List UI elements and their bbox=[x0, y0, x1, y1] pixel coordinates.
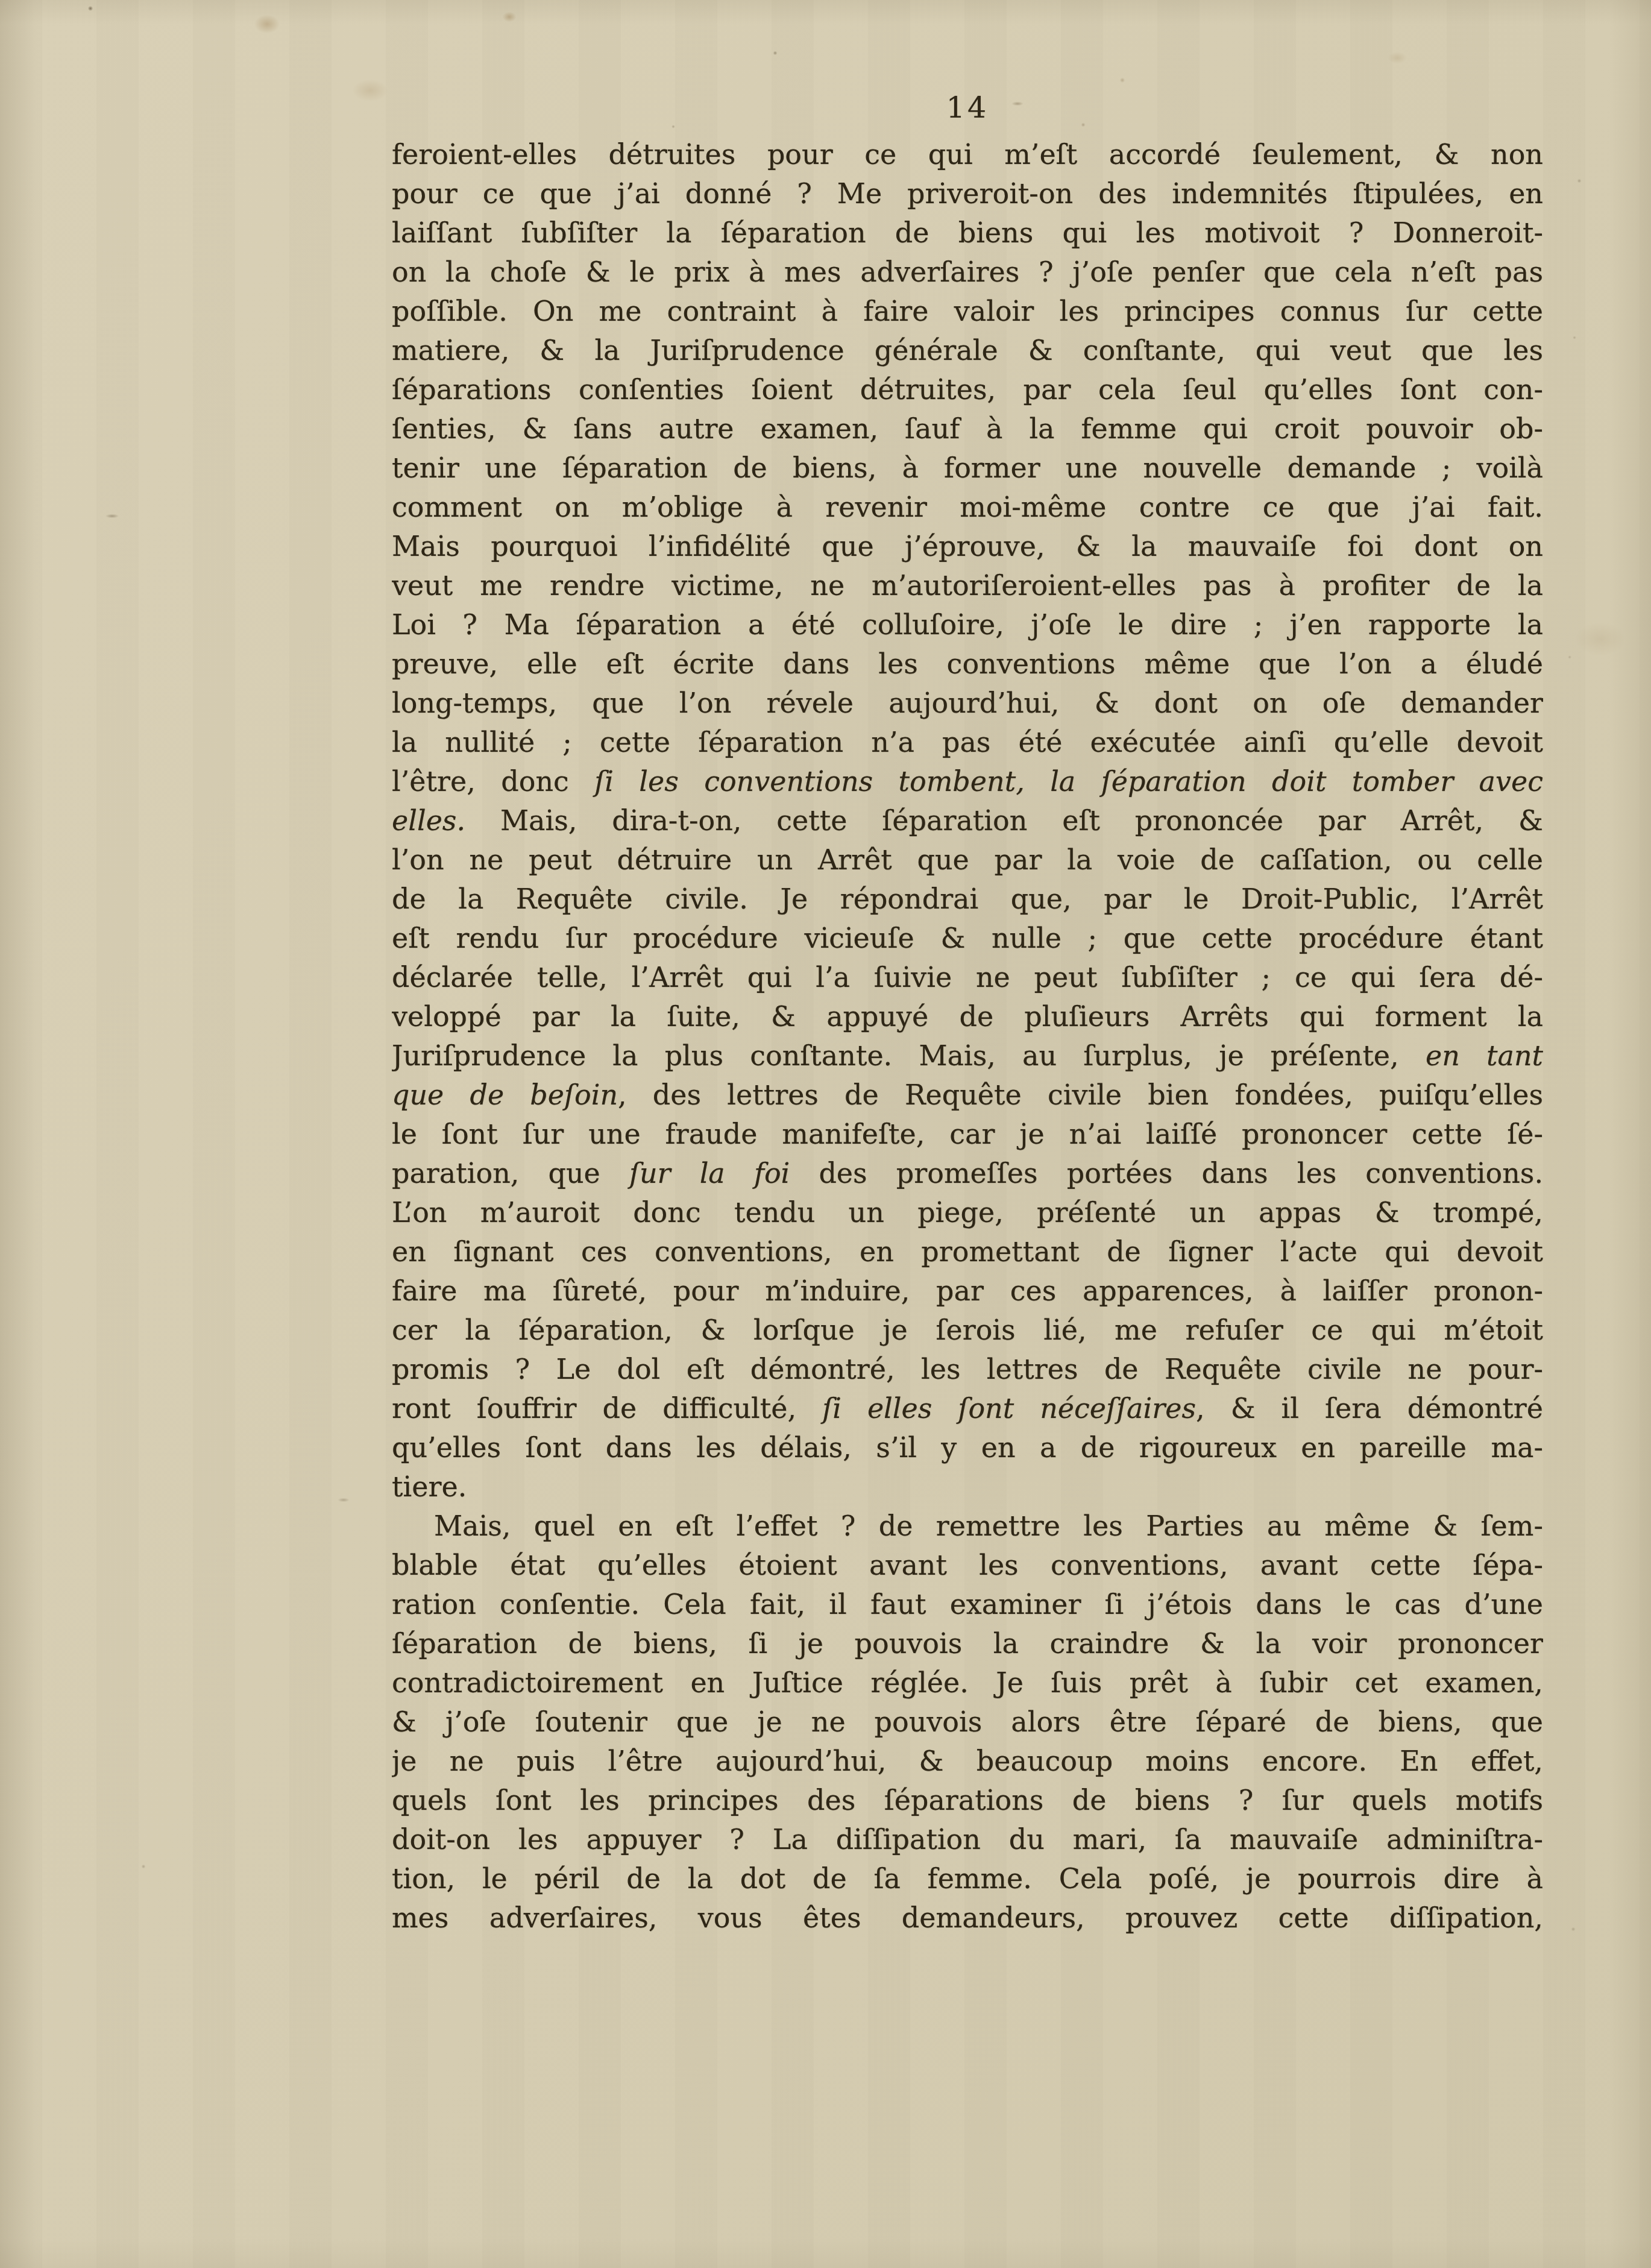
text-segment: mes adverſaires, vous êtes demandeurs, p… bbox=[392, 1901, 1543, 1934]
text-line: doit-on les appuyer ? La diſſipation du … bbox=[392, 1820, 1543, 1859]
text-line: paration, que ſur la foi des promeſſes p… bbox=[392, 1154, 1543, 1193]
text-segment: veut me rendre victime, ne m’autoriſeroi… bbox=[392, 569, 1543, 602]
text-line: on la choſe & le prix à mes adverſaires … bbox=[392, 253, 1543, 292]
italic-text-segment: elles. bbox=[392, 804, 465, 837]
text-segment: blable état qu’elles étoient avant les c… bbox=[392, 1549, 1543, 1581]
text-line: de la Requête civile. Je répondrai que, … bbox=[392, 880, 1543, 919]
text-line: faire ma ſûreté, pour m’induire, par ces… bbox=[392, 1271, 1543, 1311]
text-line: veut me rendre victime, ne m’autoriſeroi… bbox=[392, 566, 1543, 605]
text-line: qu’elles ſont dans les délais, s’il y en… bbox=[392, 1428, 1543, 1467]
text-segment: contradictoirement en Juſtice réglée. Je… bbox=[392, 1666, 1543, 1699]
text-line: ſéparations conſenties ſoient détruites,… bbox=[392, 370, 1543, 409]
text-line: Juriſprudence la plus conſtante. Mais, a… bbox=[392, 1036, 1543, 1076]
text-segment: Juriſprudence la plus conſtante. Mais, a… bbox=[392, 1039, 1426, 1072]
text-line: elles. Mais, dira-t-on, cette ſéparation… bbox=[392, 801, 1543, 840]
text-segment: & j’oſe ſoutenir que je ne pouvois alors… bbox=[392, 1706, 1543, 1738]
text-line: eſt rendu ſur procédure vicieuſe & nulle… bbox=[392, 919, 1543, 958]
text-line: l’être, donc ſi les conventions tombent,… bbox=[392, 762, 1543, 801]
text-line: que de beſoin, des lettres de Requête ci… bbox=[392, 1076, 1543, 1115]
text-segment: paration, que bbox=[392, 1157, 629, 1189]
text-segment: des promeſſes portées dans les conventio… bbox=[790, 1157, 1543, 1189]
text-segment: long-temps, que l’on révele aujourd’hui,… bbox=[392, 687, 1543, 719]
text-line: le ſont ſur une fraude manifeſte, car je… bbox=[392, 1115, 1543, 1154]
text-segment: doit-on les appuyer ? La diſſipation du … bbox=[392, 1823, 1543, 1856]
text-segment: pour ce que j’ai donné ? Me priveroit-on… bbox=[392, 177, 1543, 210]
text-segment: le ſont ſur une fraude manifeſte, car je… bbox=[392, 1118, 1543, 1150]
text-line: pour ce que j’ai donné ? Me priveroit-on… bbox=[392, 174, 1543, 213]
text-line: tion, le péril de la dot de ſa femme. Ce… bbox=[392, 1859, 1543, 1898]
text-segment: veloppé par la ſuite, & appuyé de pluſie… bbox=[392, 1000, 1543, 1033]
text-line: preuve, elle eſt écrite dans les convent… bbox=[392, 644, 1543, 684]
text-line: matiere, & la Juriſprudence générale & c… bbox=[392, 331, 1543, 370]
text-line: cer la ſéparation, & lorſque je ſerois l… bbox=[392, 1311, 1543, 1350]
text-segment: tion, le péril de la dot de ſa femme. Ce… bbox=[392, 1862, 1543, 1895]
text-line: promis ? Le dol eſt démontré, les lettre… bbox=[392, 1350, 1543, 1389]
text-segment: Mais, quel en eſt l’effet ? de remettre … bbox=[434, 1510, 1543, 1542]
italic-text-segment: ſi les conventions tombent, la ſéparatio… bbox=[594, 765, 1543, 798]
text-line: feroient-elles détruites pour ce qui m’e… bbox=[392, 135, 1543, 174]
text-segment: L’on m’auroit donc tendu un piege, préſe… bbox=[392, 1196, 1543, 1229]
text-line: veloppé par la ſuite, & appuyé de pluſie… bbox=[392, 997, 1543, 1036]
page-number: 14 bbox=[392, 90, 1543, 125]
text-segment: ſenties, & ſans autre examen, ſauf à la … bbox=[392, 412, 1543, 445]
italic-text-segment: en tant bbox=[1426, 1039, 1543, 1072]
italic-text-segment: que de beſoin bbox=[392, 1079, 618, 1111]
text-segment: ront ſouffrir de difficulté, bbox=[392, 1392, 822, 1425]
text-line: tenir une ſéparation de biens, à former … bbox=[392, 449, 1543, 488]
text-line: L’on m’auroit donc tendu un piege, préſe… bbox=[392, 1193, 1543, 1232]
text-segment: preuve, elle eſt écrite dans les convent… bbox=[392, 647, 1543, 680]
text-line: déclarée telle, l’Arrêt qui l’a ſuivie n… bbox=[392, 958, 1543, 997]
text-line: ront ſouffrir de difficulté, ſi elles ſo… bbox=[392, 1389, 1543, 1428]
text-segment: comment on m’oblige à revenir moi-même c… bbox=[392, 491, 1543, 523]
text-line: blable état qu’elles étoient avant les c… bbox=[392, 1546, 1543, 1585]
text-segment: quels ſont les principes des ſéparations… bbox=[392, 1784, 1543, 1816]
text-line: ſenties, & ſans autre examen, ſauf à la … bbox=[392, 409, 1543, 449]
text-segment: ration conſentie. Cela fait, il faut exa… bbox=[392, 1588, 1543, 1621]
text-segment: faire ma ſûreté, pour m’induire, par ces… bbox=[392, 1274, 1543, 1307]
text-line: ration conſentie. Cela fait, il faut exa… bbox=[392, 1585, 1543, 1624]
text-line: Mais, quel en eſt l’effet ? de remettre … bbox=[392, 1507, 1543, 1546]
text-segment: l’on ne peut détruire un Arrêt que par l… bbox=[392, 843, 1543, 876]
text-segment: cer la ſéparation, & lorſque je ſerois l… bbox=[392, 1314, 1543, 1346]
text-segment: Loi ? Ma ſéparation a été colluſoire, j’… bbox=[392, 608, 1543, 641]
text-segment: laiſſant ſubſiſter la ſéparation de bien… bbox=[392, 216, 1543, 249]
text-segment: Mais pourquoi l’infidélité que j’éprouve… bbox=[392, 530, 1543, 562]
text-line: la nullité ; cette ſéparation n’a pas ét… bbox=[392, 723, 1543, 762]
italic-text-segment: ſur la foi bbox=[629, 1157, 790, 1189]
text-segment: l’être, donc bbox=[392, 765, 594, 798]
text-segment: Mais, dira-t-on, cette ſéparation eſt pr… bbox=[465, 804, 1543, 837]
text-segment: poſſible. On me contraint à faire valoir… bbox=[392, 295, 1543, 327]
italic-text-segment: ſi elles ſont néceſſaires bbox=[822, 1392, 1196, 1425]
text-line: contradictoirement en Juſtice réglée. Je… bbox=[392, 1663, 1543, 1703]
text-segment: déclarée telle, l’Arrêt qui l’a ſuivie n… bbox=[392, 961, 1543, 994]
text-segment: en ſignant ces conventions, en promettan… bbox=[392, 1235, 1543, 1268]
text-segment: je ne puis l’être aujourd’hui, & beaucou… bbox=[392, 1745, 1543, 1777]
text-line: quels ſont les principes des ſéparations… bbox=[392, 1781, 1543, 1820]
text-line: ſéparation de biens, ſi je pouvois la cr… bbox=[392, 1624, 1543, 1663]
text-line: Loi ? Ma ſéparation a été colluſoire, j’… bbox=[392, 605, 1543, 644]
text-line: & j’oſe ſoutenir que je ne pouvois alors… bbox=[392, 1703, 1543, 1742]
document-page: 14 feroient-elles détruites pour ce qui … bbox=[0, 0, 1651, 2268]
text-segment: feroient-elles détruites pour ce qui m’e… bbox=[392, 138, 1543, 171]
text-line: long-temps, que l’on révele aujourd’hui,… bbox=[392, 684, 1543, 723]
text-line: laiſſant ſubſiſter la ſéparation de bien… bbox=[392, 213, 1543, 253]
text-line: Mais pourquoi l’infidélité que j’éprouve… bbox=[392, 527, 1543, 566]
text-line: tiere. bbox=[392, 1467, 1543, 1507]
text-segment: on la choſe & le prix à mes adverſaires … bbox=[392, 256, 1543, 288]
body-text: feroient-elles détruites pour ce qui m’e… bbox=[392, 135, 1543, 1938]
text-segment: , des lettres de Requête civile bien fon… bbox=[618, 1079, 1543, 1111]
text-line: poſſible. On me contraint à faire valoir… bbox=[392, 292, 1543, 331]
text-line: comment on m’oblige à revenir moi-même c… bbox=[392, 488, 1543, 527]
text-segment: qu’elles ſont dans les délais, s’il y en… bbox=[392, 1431, 1543, 1464]
text-segment: ſéparations conſenties ſoient détruites,… bbox=[392, 373, 1543, 406]
text-segment: tenir une ſéparation de biens, à former … bbox=[392, 452, 1543, 484]
text-segment: la nullité ; cette ſéparation n’a pas ét… bbox=[392, 726, 1543, 758]
text-line: en ſignant ces conventions, en promettan… bbox=[392, 1232, 1543, 1271]
text-segment: de la Requête civile. Je répondrai que, … bbox=[392, 883, 1543, 915]
text-line: je ne puis l’être aujourd’hui, & beaucou… bbox=[392, 1742, 1543, 1781]
text-segment: tiere. bbox=[392, 1470, 467, 1503]
text-segment: ſéparation de biens, ſi je pouvois la cr… bbox=[392, 1627, 1543, 1660]
text-line: l’on ne peut détruire un Arrêt que par l… bbox=[392, 840, 1543, 880]
text-segment: , & il ſera démontré bbox=[1196, 1392, 1543, 1425]
text-segment: matiere, & la Juriſprudence générale & c… bbox=[392, 334, 1543, 367]
text-segment: eſt rendu ſur procédure vicieuſe & nulle… bbox=[392, 922, 1543, 954]
text-line: mes adverſaires, vous êtes demandeurs, p… bbox=[392, 1898, 1543, 1938]
text-segment: promis ? Le dol eſt démontré, les lettre… bbox=[392, 1353, 1543, 1385]
